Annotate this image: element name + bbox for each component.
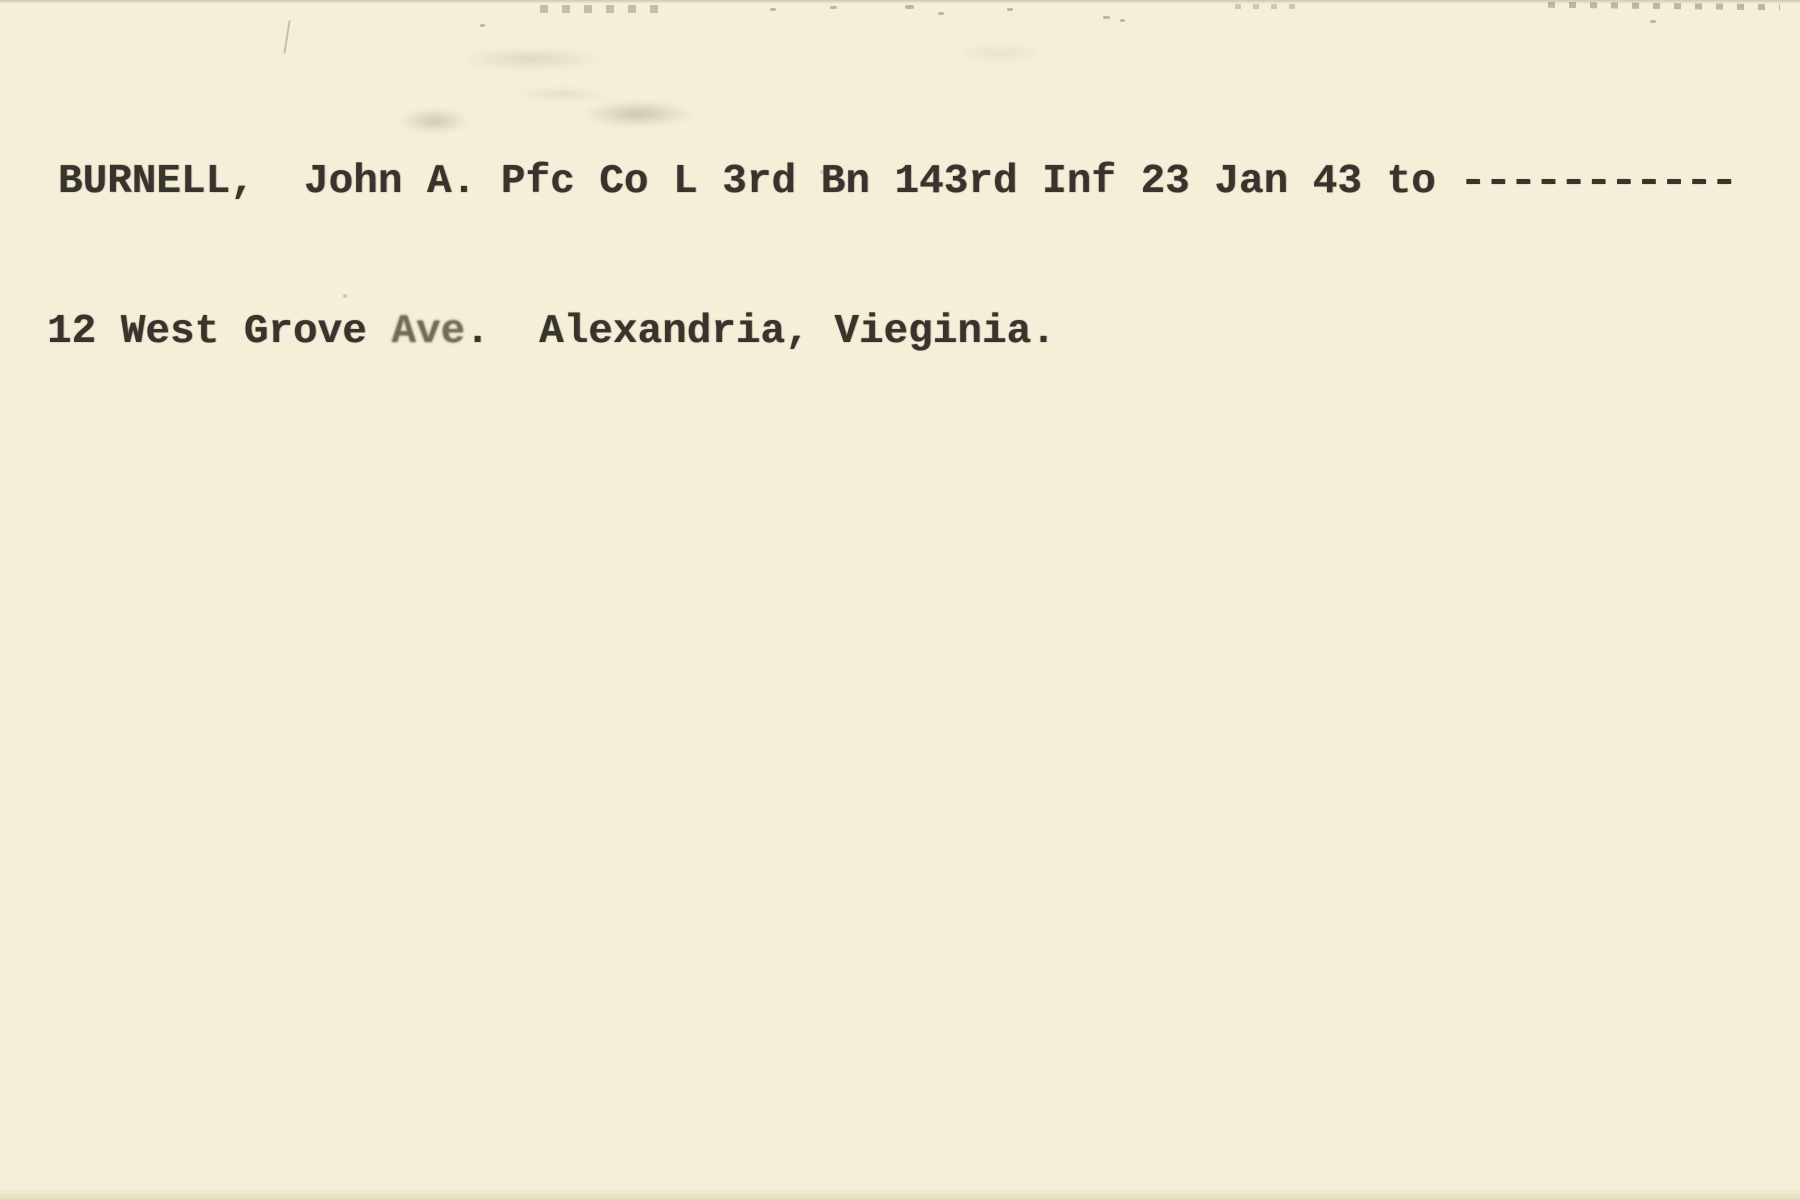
paper-speck [480, 24, 485, 27]
paper-speck [905, 5, 914, 9]
paper-speck [1103, 16, 1110, 19]
card-bottom-edge-shadow [0, 1189, 1800, 1199]
paper-crease-hair [283, 20, 290, 54]
address-street: 12 West Grove [47, 309, 391, 355]
ghost-dotted-line [1548, 2, 1780, 10]
paper-speck [770, 8, 776, 11]
scanned-index-card: BURNELL, John A. Pfc Co L 3rd Bn 143rd I… [0, 0, 1800, 1199]
service-record-text: BURNELL, John A. Pfc Co L 3rd Bn 143rd I… [58, 159, 1460, 205]
paper-speck [1650, 20, 1656, 23]
paper-speck [830, 6, 837, 9]
typed-line-address: 12 West Grove Ave. Alexandria, Vieginia. [47, 307, 1737, 357]
paper-speck [1120, 19, 1125, 22]
blank-dash-run: ----------- [1460, 159, 1736, 205]
smudged-word-ave: Ave [391, 309, 465, 355]
typed-text-block: BURNELL, John A. Pfc Co L 3rd Bn 143rd I… [47, 57, 1737, 457]
typed-line-service-record: BURNELL, John A. Pfc Co L 3rd Bn 143rd I… [58, 157, 1737, 207]
paper-speck [1007, 8, 1013, 11]
address-city-state: . Alexandria, Vieginia. [465, 309, 1056, 355]
ghost-type-marks [540, 5, 672, 13]
paper-speck [938, 12, 944, 15]
ghost-dotted-line [1235, 4, 1299, 9]
card-top-edge-shadow [0, 0, 1800, 4]
